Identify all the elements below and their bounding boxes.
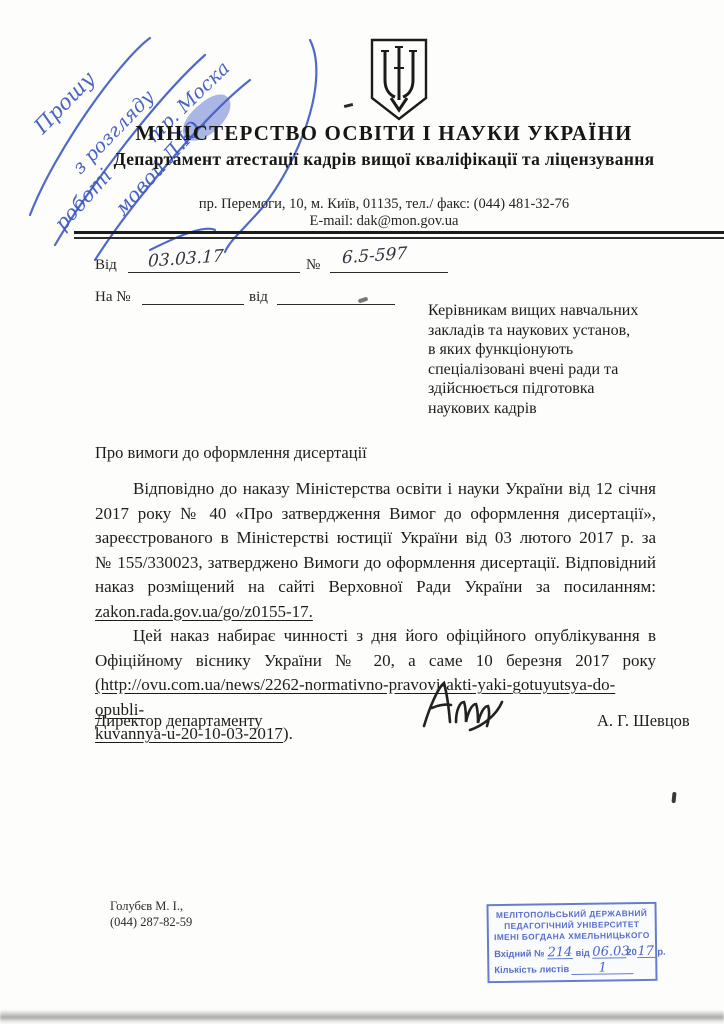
subject-line: Про вимоги до оформлення дисертації [95,443,367,463]
ref-reply-date-label: від [249,289,268,306]
ukraine-trident-emblem [368,38,430,122]
signer-name: А. Г. Шевцов [597,711,690,731]
ref-reply-date-underline [277,287,395,305]
zakon-rada-link: zakon.rada.gov.ua/go/z0155-17. [95,602,313,621]
executor-contact: Голубєв М. І., (044) 287-82-59 [110,899,192,930]
stamp-incoming-number: 214 [547,945,572,960]
ref-from-label: Від [95,257,117,274]
stamp-org-line: ІМЕНІ БОГДАНА ХМЕЛЬНИЦЬКОГО [494,930,650,943]
stamp-year-suffix: р. [657,947,665,957]
stamp-count-label: Кількість листів [494,964,569,975]
scan-speck [671,792,676,803]
document-page: Прошу з розгляду тр. Моска роботі мовой … [0,0,724,1024]
letter-body: Відповідно до наказу Міністерства освіти… [95,477,656,747]
body-line: Офіційному віснику України № 20, а саме … [95,649,656,674]
recipient-line: закладів та наукових установ, [428,321,668,341]
stamp-org-name: МЕЛІТОПОЛЬСЬКИЙ ДЕРЖАВНИЙ ПЕДАГОГІЧНИЙ У… [494,908,650,943]
incoming-stamp: МЕЛІТОПОЛЬСЬКИЙ ДЕРЖАВНИЙ ПЕДАГОГІЧНИЙ У… [486,902,657,983]
header-rule-thin [74,237,724,239]
body-line: Відповідно до наказу Міністерства освіти… [95,477,656,502]
stamp-count-value: 1 [598,961,606,976]
body-line: № 155/330023, затверджено Вимоги до офор… [95,551,656,576]
header-rule-thick [74,231,724,234]
ref-reply-label: На № [95,289,131,306]
body-line: Цей наказ набирає чинності з дня його оф… [95,624,656,649]
executor-phone: (044) 287-82-59 [110,915,192,931]
stamp-date-label: від [576,948,590,958]
stamp-count-row: Кількість листів 1 [494,963,650,976]
stamp-year-value: 17 [637,944,654,959]
body-line: zakon.rada.gov.ua/go/z0155-17. [95,600,656,625]
scan-edge-shadow [0,1010,724,1024]
body-line: наказ розміщений на сайті Верховної Ради… [95,575,656,600]
body-line: 2017 року № 40 «Про затвердження Вимог д… [95,502,656,527]
stamp-incoming-row: Вхідний № 214 від 06.032017 р. [494,947,650,960]
body-line: зареєстрованого в Міністерстві юстиції У… [95,526,656,551]
ministry-title: МІНІСТЕРСТВО ОСВІТИ І НАУКИ УКРАЇНИ [60,121,708,146]
stamp-incoming-label: Вхідний № [494,948,544,959]
stamp-date-value: 06.03 [592,944,629,960]
ovu-link-suffix: ). [283,724,293,743]
recipient-line: в яких функціонують [428,340,668,360]
recipient-block: Керівникам вищих навчальних закладів та … [428,301,668,419]
recipient-line: здійснюється підготовка [428,379,668,399]
executor-name: Голубєв М. І., [110,899,192,915]
ref-reply-underline [142,287,244,305]
department-subtitle: Департамент атестації кадрів вищої квалі… [60,149,708,170]
recipient-line: наукових кадрів [428,399,668,419]
recipient-line: Керівникам вищих навчальних [428,301,668,321]
stamp-year-prefix: 20 [626,947,636,957]
email-line: E-mail: dak@mon.gov.ua [60,213,708,230]
signer-title: Директор департаменту [95,711,263,731]
recipient-line: спеціалізовані вчені ради та [428,360,668,380]
signature-scribble [420,678,520,733]
address-line: пр. Перемоги, 10, м. Київ, 01135, тел./ … [60,196,708,213]
ref-number-label: № [306,257,320,274]
